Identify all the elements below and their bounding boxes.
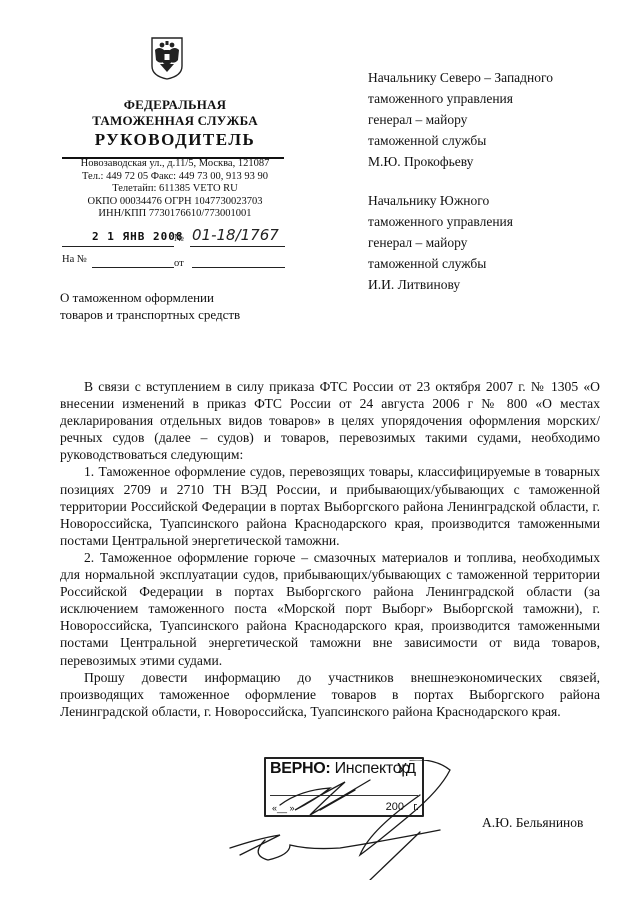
reference-underline [92,267,174,268]
date-underline [62,246,174,247]
body-item-1: 1. Таможенное оформление судов, перевозя… [60,463,600,548]
addressee-line: генерал – майору [368,109,553,130]
signer-name: А.Ю. Бельянинов [482,815,583,831]
body-intro-paragraph: В связи с вступлением в силу приказа ФТС… [60,378,600,463]
org-name-line2: ТАМОЖЕННАЯ СЛУЖБА [60,113,290,129]
letter-body: В связи с вступлением в силу приказа ФТС… [60,378,600,720]
addressee-south: Начальнику Южного таможенного управления… [368,190,513,295]
contact-inn-kpp: ИНН/КПП 7730176610/773001001 [55,208,295,221]
letterhead-title: РУКОВОДИТЕЛЬ [60,130,290,150]
addressee-line: таможенной службы [368,130,553,151]
addressee-northwest: Начальнику Северо – Западного таможенног… [368,67,553,172]
from-label: от [174,258,184,269]
number-underline [190,246,285,247]
addressee-line: таможенного управления [368,211,513,232]
handwritten-signature-icon [220,760,460,880]
reference-label: На № [62,254,87,265]
contact-address: Новозаводская ул., д.11/5, Москва, 12108… [55,158,295,171]
coat-of-arms-icon [150,36,184,80]
addressee-name: М.Ю. Прокофьеву [368,151,553,172]
contact-okpo-ogrn: ОКПО 00034476 ОГРН 1047730023703 [55,196,295,209]
addressee-line: Начальнику Южного [368,190,513,211]
registration-date: 2 1 ЯНВ 2008 [92,230,183,243]
addressee-name: И.И. Литвинову [368,274,513,295]
body-request-paragraph: Прошу довести информацию до участников в… [60,669,600,720]
from-underline [192,267,285,268]
subject-line1: О таможенном оформлении [60,289,240,306]
body-item-2: 2. Таможенное оформление горюче – смазоч… [60,549,600,669]
contact-teletype: Телетайп: 611385 VETO RU [55,183,295,196]
number-label: № [174,233,184,244]
addressee-line: таможенной службы [368,253,513,274]
addressee-line: таможенного управления [368,88,553,109]
addressee-line: Начальнику Северо – Западного [368,67,553,88]
contact-phone-fax: Тел.: 449 72 05 Факс: 449 73 00, 913 93 … [55,171,295,184]
registration-number: 01-18/1767 [192,226,279,244]
org-name-line1: ФЕДЕРАЛЬНАЯ [60,97,290,113]
letter-subject: О таможенном оформлении товаров и трансп… [60,289,240,323]
subject-line2: товаров и транспортных средств [60,306,240,323]
contact-block: Новозаводская ул., д.11/5, Москва, 12108… [55,158,295,221]
addressee-line: генерал – майору [368,232,513,253]
